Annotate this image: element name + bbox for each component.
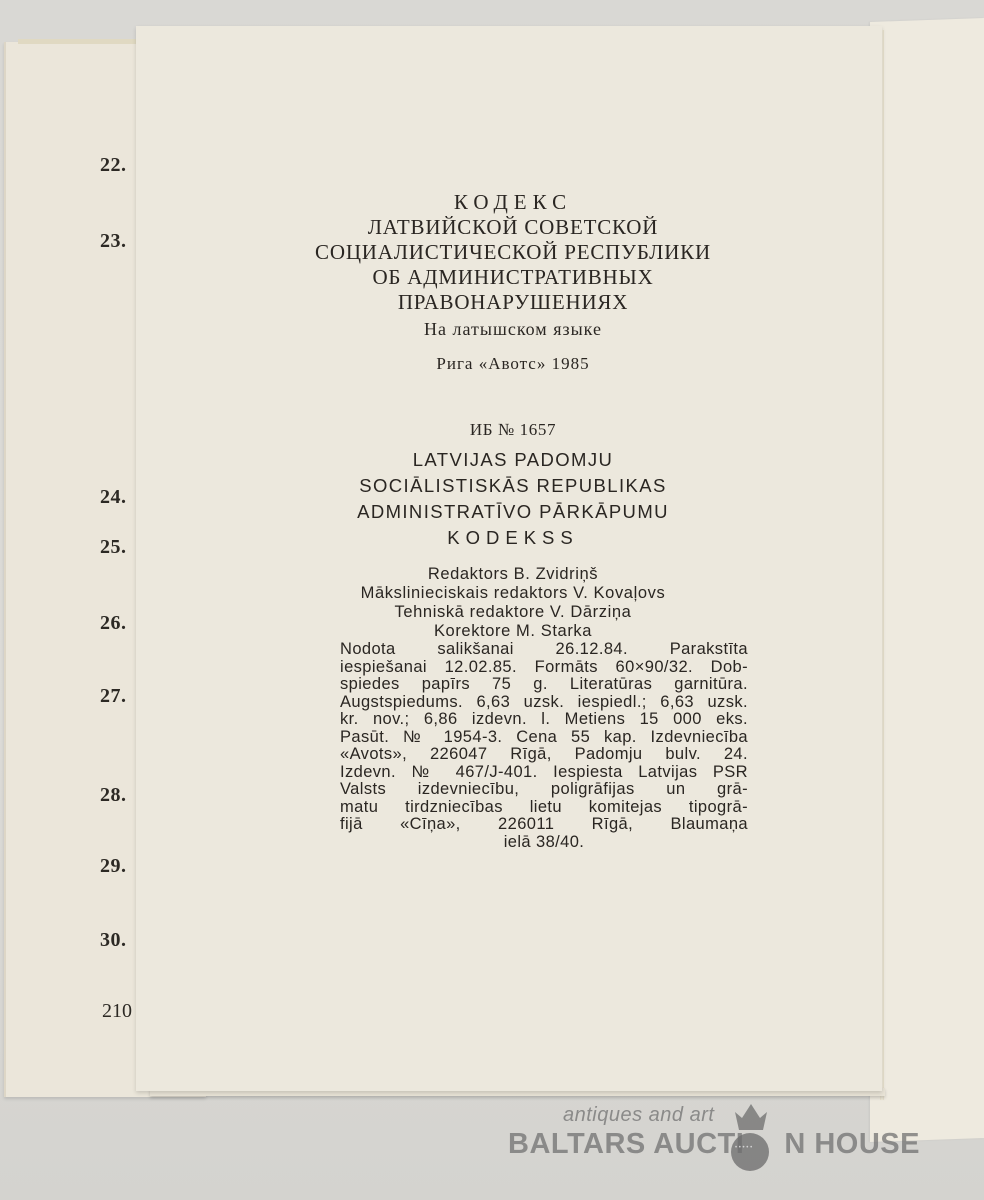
item-number-26: 26. xyxy=(100,612,127,635)
language-note: На латышском языке xyxy=(140,317,886,341)
ru-title-line: КОДЕКС xyxy=(140,190,886,215)
imprint-line: Pasūt. № 1954-3. Cena 55 kap. Izdevniecī… xyxy=(340,729,748,747)
imprint-line: «Avots», 226047 Rīgā, Padomju bulv. 24. xyxy=(340,746,748,764)
credit-proofreader: Korektore M. Starka xyxy=(140,622,886,641)
item-number-24: 24. xyxy=(100,486,127,509)
lv-title-line: KODEKSS xyxy=(140,525,886,551)
imprint-line: Nodota salikšanai 26.12.84. Parakstīta xyxy=(340,641,748,659)
ru-title-line: ПРАВОНАРУШЕНИЯХ xyxy=(140,290,886,315)
item-number-23: 23. xyxy=(100,230,127,253)
right-cover-page xyxy=(870,18,984,1142)
credits: Redaktors B. Zvidriņš Mākslinieciskais r… xyxy=(140,565,886,641)
imprint-line: iespiešanai 12.02.85. Formāts 60×90/32. … xyxy=(340,659,748,677)
imprint-line: Valsts izdevniecību, poligrāfijas un grā… xyxy=(340,781,748,799)
page-number: 210 xyxy=(102,1000,132,1023)
imprint-line: kr. nov.; 6,86 izdevn. l. Metiens 15 000… xyxy=(340,711,748,729)
item-number-29: 29. xyxy=(100,855,127,878)
book-photo: 22. г. 23. і 24. 25. 26. 27. 28. 29. 30.… xyxy=(0,0,984,1200)
ru-title-line: ОБ АДМИНИСТРАТИВНЫХ xyxy=(140,265,886,290)
item-number-25: 25. xyxy=(100,536,127,559)
publisher-line: Рига «Авотс» 1985 xyxy=(140,353,886,375)
crown-icon xyxy=(733,1104,769,1130)
imprint-line: ielā 38/40. xyxy=(340,834,748,852)
imprint-line: Augstspiedums. 6,63 uzsk. iespiedl.; 6,6… xyxy=(340,694,748,712)
watermark-tagline: antiques and art xyxy=(563,1104,714,1127)
item-number-27: 27. xyxy=(100,685,127,708)
lv-title-line: SOCIĀLISTISKĀS REPUBLIKAS xyxy=(140,473,886,499)
credit-tech-editor: Tehniskā redaktore V. Dārziņa xyxy=(140,603,886,622)
imprint-line: matu tirdzniecības lietu komitejas tipog… xyxy=(340,799,748,817)
watermark-brand: BALTARS AUCTIN HOUSE xyxy=(508,1128,920,1161)
imprint-block: Nodota salikšanai 26.12.84. Parakstīta i… xyxy=(340,641,748,851)
imprint-line: Izdevn. № 467/J-401. Iespiesta Latvijas … xyxy=(340,764,748,782)
credit-editor: Redaktors B. Zvidriņš xyxy=(140,565,886,584)
lv-title-line: LATVIJAS PADOMJU xyxy=(140,447,886,473)
ru-title-line: СОЦИАЛИСТИЧЕСКОЙ РЕСПУБЛИКИ xyxy=(140,240,886,265)
ball-icon xyxy=(731,1133,769,1171)
ib-number: ИБ № 1657 xyxy=(140,419,886,441)
credit-art-editor: Mākslinieciskais redaktors V. Kovaļovs xyxy=(140,584,886,603)
ru-title-line: ЛАТВИЙСКОЙ СОВЕТСКОЙ xyxy=(140,215,886,240)
watermark-brand-right: N HOUSE xyxy=(784,1128,920,1160)
lv-title-line: ADMINISTRATĪVO PĀRKĀPUMU xyxy=(140,499,886,525)
item-number-30: 30. xyxy=(100,929,127,952)
colophon-content: КОДЕКС ЛАТВИЙСКОЙ СОВЕТСКОЙ СОЦИАЛИСТИЧЕ… xyxy=(140,190,886,851)
item-number-22: 22. xyxy=(100,154,127,177)
auction-house-watermark: antiques and art BALTARS AUCTIN HOUSE xyxy=(508,1100,928,1170)
imprint-line: fijā «Cīņa», 226011 Rīgā, Blaumaņa xyxy=(340,816,748,834)
item-number-28: 28. xyxy=(100,784,127,807)
imprint-line: spiedes papīrs 75 g. Literatūras garnitū… xyxy=(340,676,748,694)
watermark-brand-left: BALTARS AUCTI xyxy=(508,1128,744,1160)
